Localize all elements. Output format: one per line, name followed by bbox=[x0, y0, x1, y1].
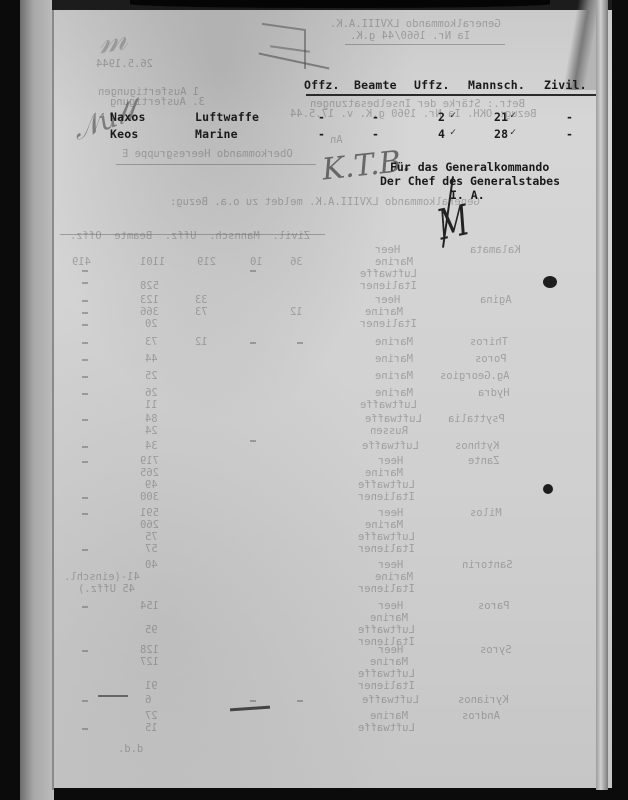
table-header: Offz. Beamte Uffz. Mannsch. Zivil. bbox=[304, 78, 604, 94]
ghost-value: 73 bbox=[145, 336, 158, 348]
ghost-header-rule bbox=[60, 234, 325, 235]
cell-offz: - bbox=[318, 127, 325, 141]
ghost-value: 719 bbox=[140, 455, 159, 467]
ghost-branch: Marine bbox=[365, 306, 403, 318]
ghost-branch: Marine bbox=[365, 519, 403, 531]
ghost-branch: Russen bbox=[370, 425, 408, 437]
ghost-value: 12 bbox=[195, 336, 208, 348]
page-left-edge bbox=[52, 10, 54, 790]
ghost-value: 300 bbox=[140, 491, 159, 503]
ink-blot bbox=[543, 276, 557, 288]
ghost-branch: Heer bbox=[378, 600, 403, 612]
ghost-island: Thiros bbox=[470, 336, 508, 348]
ghost-addressee: Oberkommando Heeresgruppe E bbox=[122, 148, 293, 160]
ghost-value: 44 bbox=[145, 353, 158, 365]
ghost-rule bbox=[345, 44, 505, 45]
ghost-value: 91 bbox=[145, 680, 158, 692]
ghost-branch: Marine bbox=[370, 656, 408, 668]
ghost-branch: Luftwaffe bbox=[358, 479, 415, 491]
signature-line-1: Für das Generalkommando bbox=[390, 160, 560, 174]
ghost-branch: Luftwaffe bbox=[360, 268, 417, 280]
ghost-value: 528 bbox=[140, 280, 159, 292]
ghost-branch: Heer bbox=[378, 455, 403, 467]
ghost-value: 45 Uffz.) bbox=[78, 583, 135, 595]
column-header-zivil: Zivil. bbox=[544, 78, 587, 92]
page-corner-fold bbox=[556, 0, 596, 90]
ghost-column-headers: Zivil. Mannsch. Uffz. Beamte Offz. bbox=[70, 218, 336, 254]
ghost-value: 33 bbox=[195, 294, 208, 306]
column-header-mannsch: Mannsch. bbox=[468, 78, 525, 92]
ghost-value: 57 bbox=[145, 543, 158, 555]
ink-blot bbox=[543, 484, 553, 494]
ghost-island: Syros bbox=[480, 644, 512, 656]
branch-name: Luftwaffe bbox=[195, 110, 259, 124]
ghost-value: 95 bbox=[145, 624, 158, 636]
island-name: Keos bbox=[110, 127, 139, 141]
ghost-island: Santorin bbox=[462, 559, 513, 571]
ghost-island: Ag.Georgios bbox=[440, 370, 510, 382]
ghost-island: Kalamata bbox=[470, 244, 521, 256]
checkmark-icon: ✓ bbox=[450, 127, 456, 138]
ghost-branch: Marine bbox=[370, 612, 408, 624]
ghost-branch: Luftwaffe bbox=[365, 413, 422, 425]
ghost-value: 75 bbox=[145, 531, 158, 543]
ghost-branch: Italiener bbox=[358, 543, 415, 555]
table-row: Naxos Luftwaffe - - 2 ✓ 21 ✓ - bbox=[110, 110, 600, 126]
ghost-value: 34 bbox=[145, 440, 158, 452]
cell-beamte: - bbox=[372, 127, 379, 141]
ghost-value: 73 bbox=[195, 306, 208, 318]
checkmark-icon: ✓ bbox=[450, 110, 456, 121]
ghost-branch: Italiener bbox=[360, 280, 417, 292]
cell-mannsch: 28 bbox=[494, 127, 508, 141]
ghost-branch: Marine bbox=[370, 710, 408, 722]
ghost-branch: Marine bbox=[375, 571, 413, 583]
ghost-branch: Heer bbox=[378, 644, 403, 656]
ghost-branch: Marine bbox=[365, 467, 403, 479]
ghost-branch: Luftwaffe bbox=[358, 668, 415, 680]
ghost-branch: Italiener bbox=[358, 491, 415, 503]
ghost-value: 41-(einschl. bbox=[64, 571, 140, 583]
ghost-value: 24 bbox=[145, 425, 158, 437]
ghost-value: 20 bbox=[145, 318, 158, 330]
signature-block: Für das Generalkommando Der Chef des Gen… bbox=[380, 160, 560, 202]
ghost-branch: Luftwaffe bbox=[358, 722, 415, 734]
ghost-island: Psyttalia bbox=[448, 413, 505, 425]
ghost-branch: Luftwaffe bbox=[358, 531, 415, 543]
column-header-beamte: Beamte bbox=[354, 78, 397, 92]
ghost-value: 11 bbox=[145, 399, 158, 411]
ghost-branch: Italiener bbox=[358, 680, 415, 692]
column-header-uffz: Uffz. bbox=[414, 78, 450, 92]
ghost-branch: Heer bbox=[378, 559, 403, 571]
island-name: Naxos bbox=[110, 110, 146, 124]
ghost-value: 25 bbox=[145, 370, 158, 382]
ghost-value: 10 bbox=[250, 256, 263, 268]
ghost-value: 154 bbox=[140, 600, 159, 612]
ghost-island: Hydra bbox=[478, 387, 510, 399]
ghost-value: 123 bbox=[140, 294, 159, 306]
ghost-branch: Marine bbox=[375, 336, 413, 348]
ghost-value: 12 bbox=[290, 306, 303, 318]
page-top-curl bbox=[130, 0, 550, 8]
ghost-value: 26 bbox=[145, 387, 158, 399]
ghost-branch: Luftwaffe bbox=[362, 694, 419, 706]
ghost-branch: Heer bbox=[378, 507, 403, 519]
ghost-value: 40 bbox=[145, 559, 158, 571]
ghost-island: Andros bbox=[462, 710, 500, 722]
column-header-offz: Offz. bbox=[304, 78, 340, 92]
ghost-footer: d.d. bbox=[118, 743, 143, 755]
ghost-island: Milos bbox=[470, 507, 502, 519]
ghost-value: 366 bbox=[140, 306, 159, 318]
ghost-branch: Heer bbox=[375, 294, 400, 306]
ghost-island: Agina bbox=[480, 294, 512, 306]
ghost-value: 219 bbox=[197, 256, 216, 268]
cell-beamte: - bbox=[372, 110, 379, 124]
cell-zivil: - bbox=[566, 127, 573, 141]
signature-line-2: Der Chef des Generalstabes bbox=[380, 174, 560, 188]
ghost-value: 36 bbox=[290, 256, 303, 268]
ghost-value: 260 bbox=[140, 519, 159, 531]
ghost-sender-line2: Ia Nr. 1660/44 g.K. bbox=[350, 30, 470, 42]
ghost-branch: Luftwaffe bbox=[362, 440, 419, 452]
ghost-value: 128 bbox=[140, 644, 159, 656]
ghost-island: Kythnos bbox=[455, 440, 499, 452]
cell-mannsch: 21 bbox=[494, 110, 508, 124]
ghost-branch: Heer bbox=[375, 244, 400, 256]
signature-line-3: I. A. bbox=[450, 188, 560, 202]
scanner-left-margin bbox=[20, 0, 54, 800]
ghost-branch: Marine bbox=[375, 387, 413, 399]
ghost-value: 419 bbox=[72, 256, 91, 268]
ghost-island: Paros bbox=[478, 600, 510, 612]
cell-uffz: 4 bbox=[438, 127, 445, 141]
ghost-branch: Marine bbox=[375, 353, 413, 365]
ghost-value: 84 bbox=[145, 413, 158, 425]
ghost-branch: Marine bbox=[375, 370, 413, 382]
ghost-value: 1101 bbox=[140, 256, 165, 268]
table-row: Keos Marine - - 4 ✓ 28 ✓ - bbox=[110, 127, 600, 143]
header-rule bbox=[306, 94, 596, 96]
ghost-branch: Italiener bbox=[360, 318, 417, 330]
ghost-branch: Italiener bbox=[358, 583, 415, 595]
ghost-value: 15 bbox=[145, 722, 158, 734]
ghost-sender-line1: Generalkommando LXVIII.A.K. bbox=[330, 18, 501, 30]
ghost-branch: Luftwaffe bbox=[358, 624, 415, 636]
checkmark-icon: ✓ bbox=[510, 110, 516, 121]
scratch-mark bbox=[98, 695, 128, 697]
ghost-branch: Marine bbox=[375, 256, 413, 268]
branch-name: Marine bbox=[195, 127, 238, 141]
checkmark-icon: ✓ bbox=[510, 127, 516, 138]
ghost-value: 27 bbox=[145, 710, 158, 722]
ghost-branch: Luftwaffe bbox=[360, 399, 417, 411]
cell-zivil: - bbox=[566, 110, 573, 124]
ghost-value: 49 bbox=[145, 479, 158, 491]
ghost-addressee-rule bbox=[116, 164, 316, 165]
cell-offz: - bbox=[318, 110, 325, 124]
ghost-value: 127 bbox=[140, 656, 159, 668]
ghost-island: Poros bbox=[475, 353, 507, 365]
ghost-island: Zante bbox=[468, 455, 500, 467]
ghost-value: 6 bbox=[145, 694, 151, 706]
ghost-island: Kyrianos bbox=[458, 694, 509, 706]
cell-uffz: 2 bbox=[438, 110, 445, 124]
ghost-value: 265 bbox=[140, 467, 159, 479]
ghost-value: 591 bbox=[140, 507, 159, 519]
